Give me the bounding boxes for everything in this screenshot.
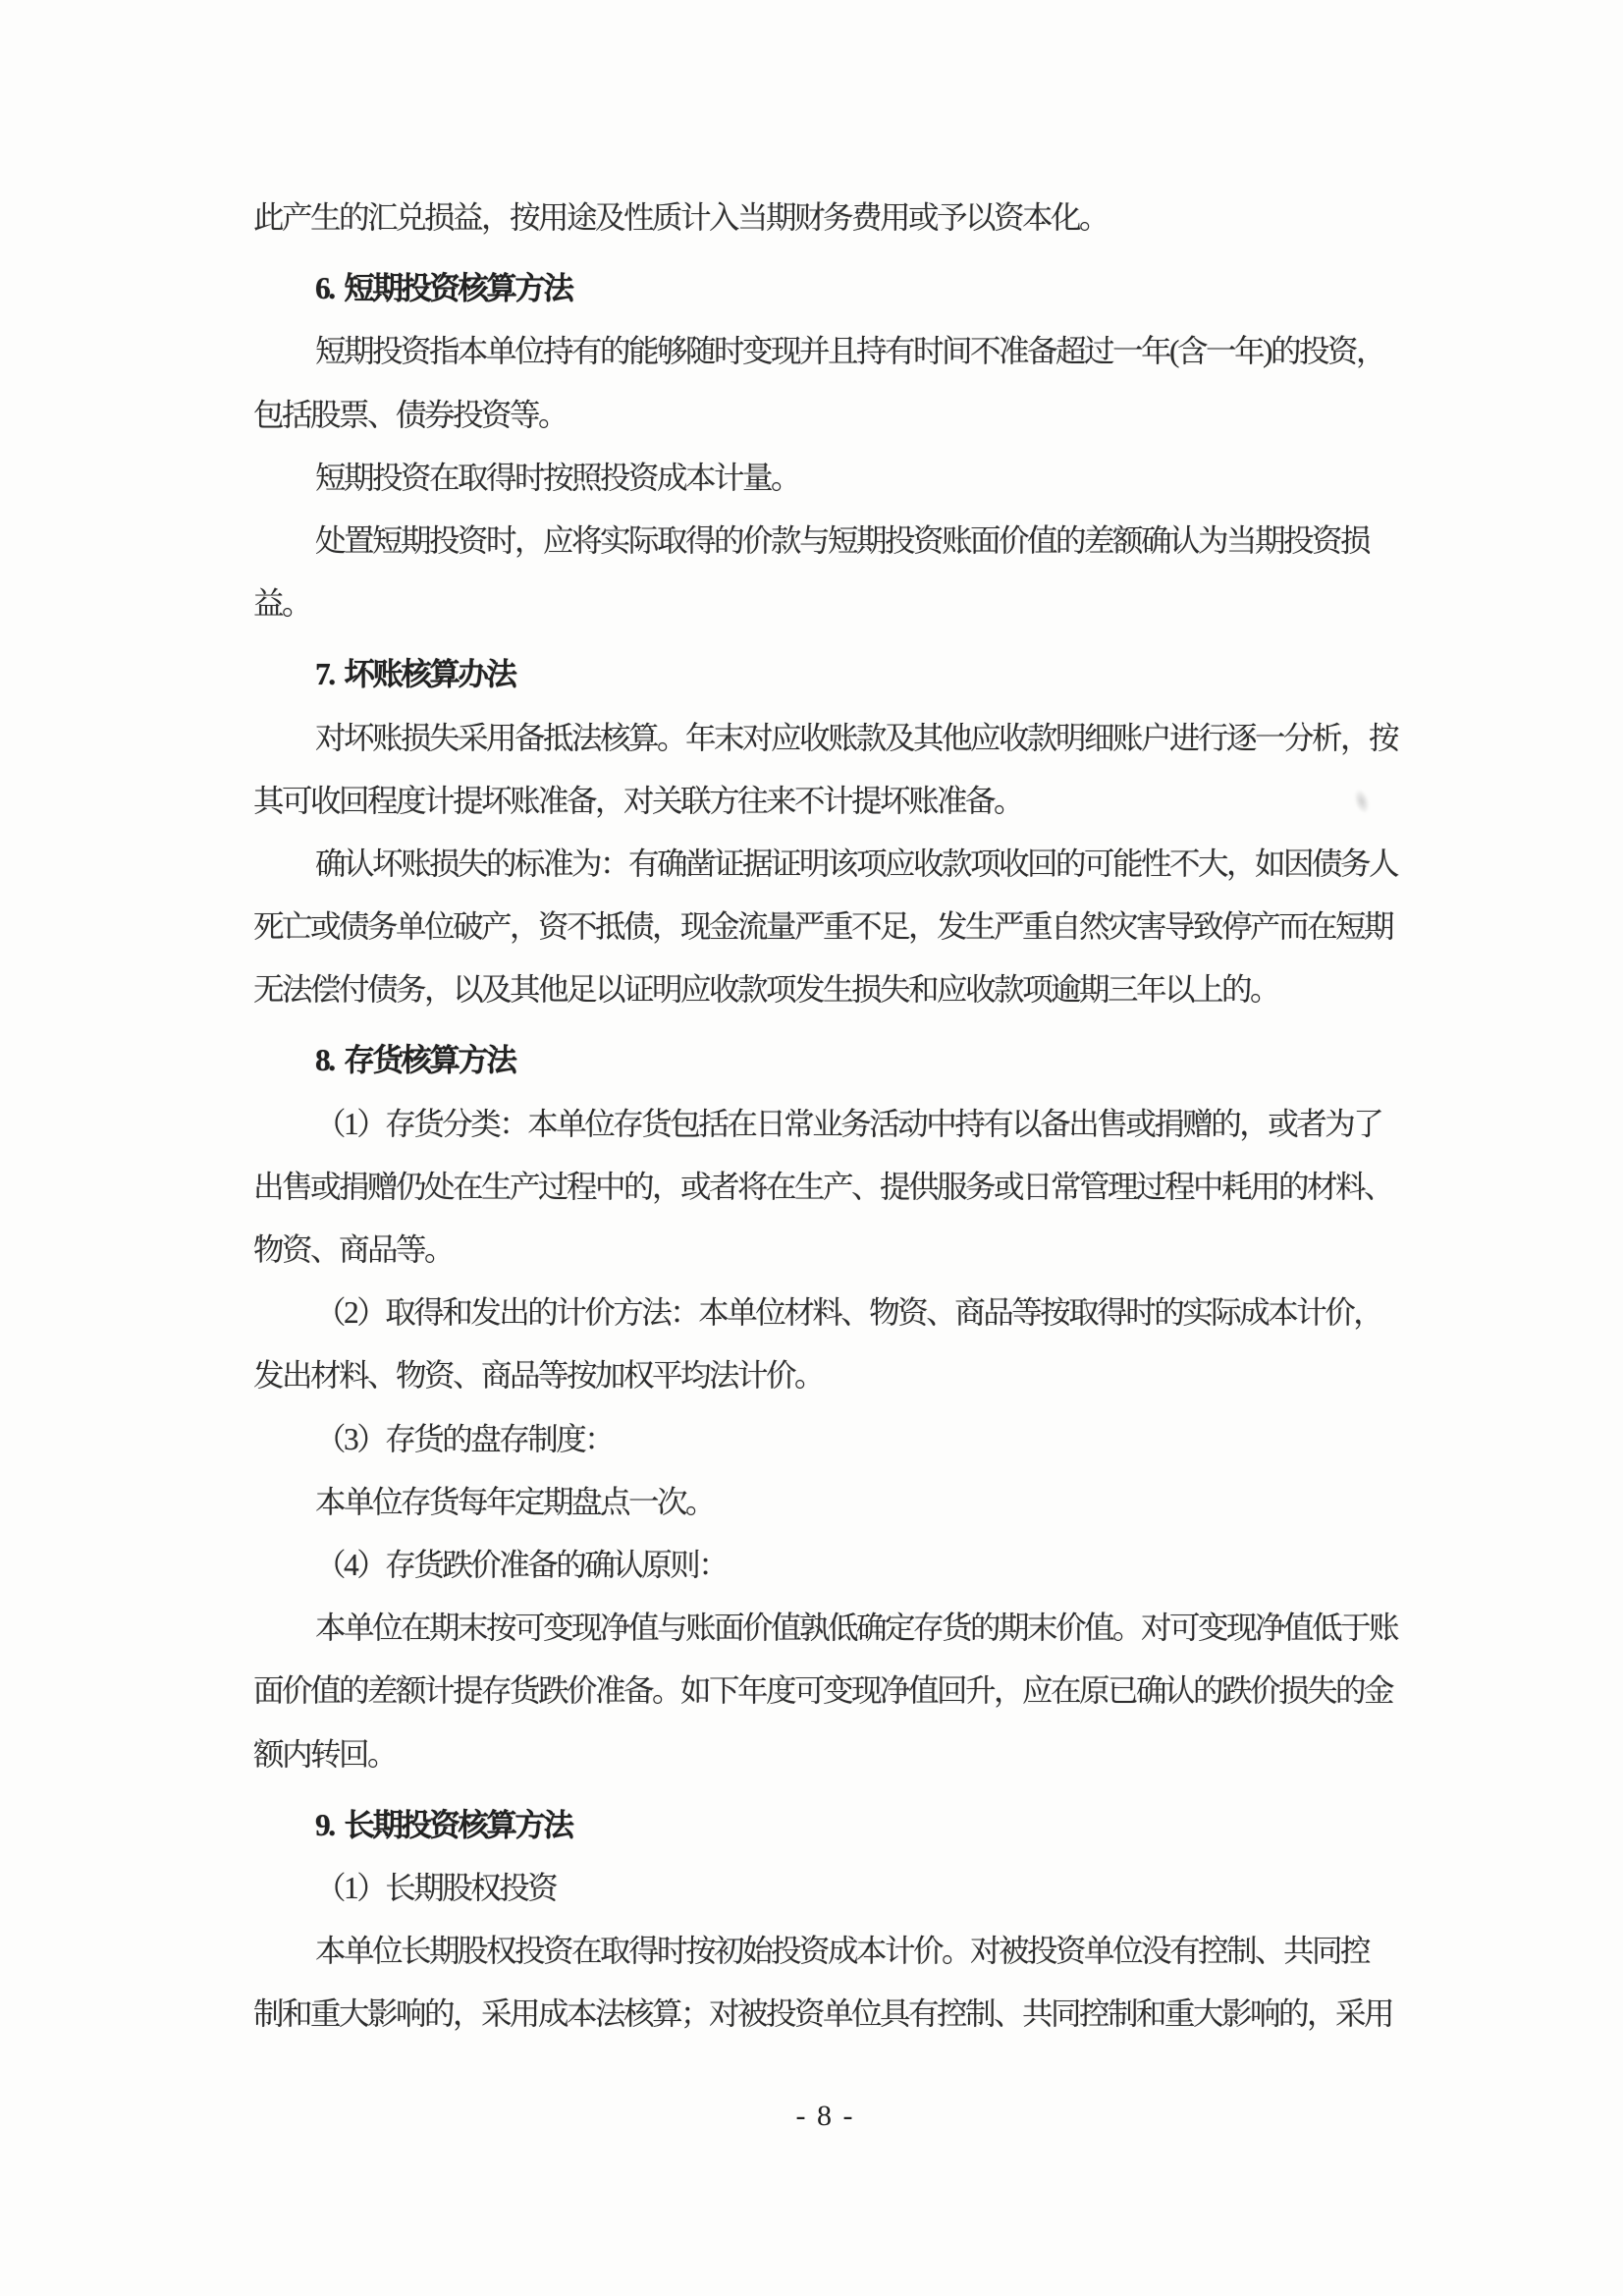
doc-line-20: （3）存货的盘存制度： [253,1408,1402,1471]
section-heading-9-long-term-investment: 9. 长期投资核算方法 [253,1794,1402,1857]
doc-line-22: （4）存货跌价准备的确认原则： [253,1534,1402,1597]
page-number: - 8 - [14,2100,1623,2133]
doc-line-10: 其可收回程度计提坏账准备，对关联方往来不计提坏账准备。 [253,770,1402,833]
doc-line-28: 本单位长期股权投资在取得时按初始投资成本计价。对被投资单位没有控制、共同控 [253,1920,1402,1983]
doc-line-9: 对坏账损失采用备抵法核算。年末对应收账款及其他应收款明细账户进行逐一分析，按 [253,707,1402,770]
doc-line-7: 益。 [253,573,1402,635]
doc-line-11: 确认坏账损失的标准为：有确凿证据证明该项应收款项收回的可能性不大，如因债务人 [253,833,1402,896]
section-heading-6-short-term-investment: 6. 短期投资核算方法 [253,257,1402,320]
doc-line-17: 物资、商品等。 [253,1219,1402,1282]
doc-line-5: 短期投资在取得时按照投资成本计量。 [253,447,1402,510]
section-heading-7-bad-debt: 7. 坏账核算办法 [253,643,1402,706]
doc-line-18: （2）取得和发出的计价方法：本单位材料、物资、商品等按取得时的实际成本计价， [253,1282,1402,1344]
doc-line-21: 本单位存货每年定期盘点一次。 [253,1471,1402,1534]
doc-line-4: 包括股票、债券投资等。 [253,384,1402,447]
doc-line-6: 处置短期投资时，应将实际取得的价款与短期投资账面价值的差额确认为当期投资损 [253,510,1402,573]
doc-line-25: 额内转回。 [253,1723,1402,1786]
doc-line-19: 发出材料、物资、商品等按加权平均法计价。 [253,1344,1402,1407]
doc-line-3: 短期投资指本单位持有的能够随时变现并且持有时间不准备超过一年(含一年)的投资， [253,320,1402,383]
doc-line-16: 出售或捐赠仍处在生产过程中的，或者将在生产、提供服务或日常管理过程中耗用的材料、 [253,1156,1402,1219]
doc-line-24: 面价值的差额计提存货跌价准备。如下年度可变现净值回升，应在原已确认的跌价损失的金 [253,1660,1402,1722]
doc-line-13: 无法偿付债务，以及其他足以证明应收款项发生损失和应收款项逾期三年以上的。 [253,958,1402,1021]
doc-line-27: （1）长期股权投资 [253,1857,1402,1920]
doc-line-23: 本单位在期末按可变现净值与账面价值孰低确定存货的期末价值。对可变现净值低于账 [253,1597,1402,1660]
doc-line-1: 此产生的汇兑损益，按用途及性质计入当期财务费用或予以资本化。 [253,187,1402,249]
section-heading-8-inventory: 8. 存货核算方法 [253,1029,1402,1092]
doc-line-29: 制和重大影响的，采用成本法核算；对被投资单位具有控制、共同控制和重大影响的，采用 [253,1983,1402,2046]
document-body: 此产生的汇兑损益，按用途及性质计入当期财务费用或予以资本化。 6. 短期投资核算… [253,187,1402,2046]
doc-line-15: （1）存货分类：本单位存货包括在日常业务活动中持有以备出售或捐赠的，或者为了 [253,1093,1402,1156]
doc-line-12: 死亡或债务单位破产，资不抵债，现金流量严重不足，发生严重自然灾害导致停产而在短期 [253,896,1402,958]
document-page: 此产生的汇兑损益，按用途及性质计入当期财务费用或予以资本化。 6. 短期投资核算… [0,0,1623,2296]
